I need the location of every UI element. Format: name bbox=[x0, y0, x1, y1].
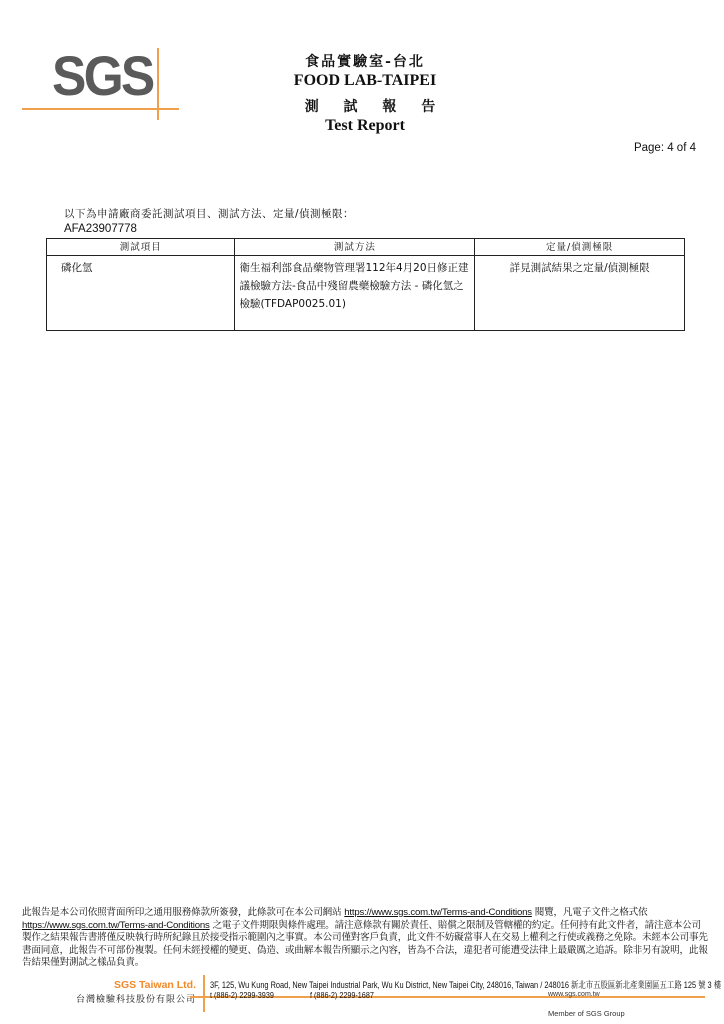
logo-vertical-line bbox=[157, 48, 159, 120]
header-test-item: 測試項目 bbox=[47, 239, 235, 256]
terms-link[interactable]: https://www.sgs.com.tw/Terms-and-Conditi… bbox=[344, 907, 532, 918]
legal-disclaimer: 此報告是本公司依照背面所印之通用服務條款所簽發，此條款可在本公司網站 https… bbox=[22, 907, 710, 970]
report-reference: AFA23907778 bbox=[64, 223, 137, 235]
member-of-sgs-group: Member of SGS Group bbox=[548, 1009, 625, 1018]
report-title-zh: 測 試 報 告 bbox=[260, 96, 480, 116]
sgs-logo: SGS bbox=[52, 48, 153, 104]
intro-text: 以下為申請廠商委託測試項目、測試方法、定量/偵測極限： bbox=[64, 206, 354, 221]
test-methods-table: 測試項目 測試方法 定量/偵測極限 磷化氫 衛生福利部食品藥物管理署112年4月… bbox=[46, 238, 685, 331]
header-test-method: 測試方法 bbox=[235, 239, 475, 256]
report-title-en: Test Report bbox=[260, 117, 470, 135]
lab-title-en: FOOD LAB-TAIPEI bbox=[260, 72, 470, 90]
footer-vertical-line bbox=[203, 975, 205, 1012]
logo-horizontal-line bbox=[22, 108, 179, 110]
terms-link[interactable]: https://www.sgs.com.tw/Terms-and-Conditi… bbox=[22, 920, 210, 931]
telephone: t (886-2) 2299-3939 bbox=[210, 990, 274, 1000]
cell-test-item: 磷化氫 bbox=[47, 256, 235, 331]
disclaimer-text: 閱覽，凡電子文件之格式依 bbox=[532, 907, 648, 918]
header-detection-limit: 定量/偵測極限 bbox=[475, 239, 685, 256]
disclaimer-text: 此報告是本公司依照背面所印之通用服務條款所簽發，此條款可在本公司網站 bbox=[22, 907, 344, 918]
website: www.sgs.com.tw bbox=[548, 991, 600, 998]
fax: f (886-2) 2299-1687 bbox=[310, 990, 374, 1000]
company-name-zh: 台灣檢驗科技股份有限公司 bbox=[40, 992, 196, 1005]
company-name-en: SGS Taiwan Ltd. bbox=[110, 979, 196, 991]
cell-test-method: 衛生福利部食品藥物管理署112年4月20日修正建議檢驗方法-食品中殘留農藥檢驗方… bbox=[235, 256, 475, 331]
table-header-row: 測試項目 測試方法 定量/偵測極限 bbox=[47, 239, 685, 256]
company-address: 3F, 125, Wu Kung Road, New Taipei Indust… bbox=[210, 978, 721, 991]
table-row: 磷化氫 衛生福利部食品藥物管理署112年4月20日修正建議檢驗方法-食品中殘留農… bbox=[47, 256, 685, 331]
page-number: Page: 4 of 4 bbox=[634, 142, 696, 154]
lab-title-zh: 食品實驗室-台北 bbox=[260, 51, 470, 71]
cell-detection-limit: 詳見測試結果之定量/偵測極限 bbox=[475, 256, 685, 331]
